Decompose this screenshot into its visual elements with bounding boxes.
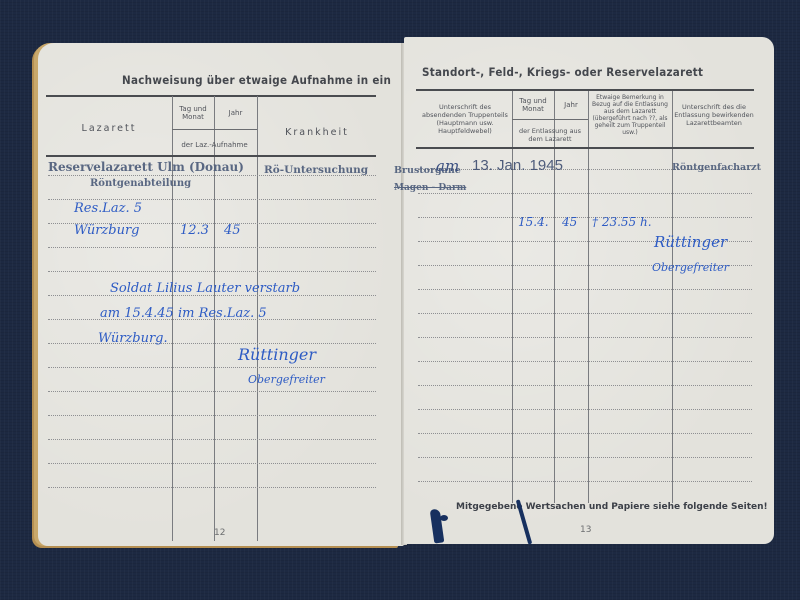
row-line [418,289,752,290]
left-page: Nachweisung über etwaige Aufnahme in ein… [38,43,404,546]
organs-stamp-line-2: Magen - Darm [394,183,466,193]
signature: Rüttinger [654,233,727,251]
entry-admission-date: 12.3 [180,223,209,238]
entry-lazarett: Res.Laz. 5 [74,201,142,216]
column-header-aufnahme: der Laz.-Aufnahme [172,141,257,149]
entry-lazarett-city: Würzburg [74,223,140,238]
row-line [418,337,752,338]
header-bottom-rule [46,155,376,157]
right-page-title: Standort-, Feld-, Kriegs- oder Reservela… [422,65,703,79]
note-line-3: Würzburg. [98,331,168,346]
hospital-stamp: Reservelazarett Ulm (Donau) [48,160,244,174]
header-bottom-rule [416,147,754,149]
subheader-rule [172,129,257,130]
header-top-rule [416,89,754,91]
row-line [48,199,376,200]
signature: Rüttinger [238,345,316,364]
row-line [418,481,752,482]
row-line [48,271,376,272]
column-header-jahr: Jahr [554,101,588,109]
row-line [48,415,376,416]
row-line [418,433,752,434]
column-divider [512,91,513,503]
column-divider [672,91,673,503]
examination-stamp: Rö-Untersuchung [264,164,368,176]
entry-discharge-year: 45 [562,215,577,229]
department-stamp: Röntgenabteilung [90,178,191,189]
row-line [48,391,376,392]
row-line [418,385,752,386]
row-line [48,487,376,488]
row-line [418,361,752,362]
column-header-signature-official: Unterschrift des die Entlassung bewirken… [674,103,754,127]
column-divider [554,91,555,503]
row-line [48,463,376,464]
column-header-tag-monat: Tag und Monat [172,105,214,121]
right-page: Standort-, Feld-, Kriegs- oder Reservela… [404,37,774,544]
page-number-left: 12 [214,528,225,538]
row-line [48,247,376,248]
column-header-jahr: Jahr [214,109,257,117]
ink-blot [440,515,448,521]
column-header-krankheit: Krankheit [257,129,377,137]
stamp-date-prefix: am [436,157,459,175]
row-line [418,313,752,314]
column-header-tag-monat: Tag und Monat [512,97,554,113]
row-line [48,439,376,440]
note-line-1: Soldat Lilius Lauter verstarb [110,281,300,296]
footer-note: Mitgegebene Wertsachen und Papiere siehe… [456,502,768,512]
stamp-date: 13. Jan. 1945 [472,157,563,174]
row-line [48,367,376,368]
ink-blot [430,508,445,543]
column-header-lazarett: Lazarett [46,125,172,133]
row-line [418,193,752,194]
open-document-booklet: Nachweisung über etwaige Aufnahme in ein… [38,35,776,547]
column-header-entlassung: der Entlassung aus dem Lazarett [512,127,588,143]
row-line [418,409,752,410]
column-divider [588,91,589,503]
column-header-remark: Etwaige Bemerkung in Bezug auf die Entla… [589,94,671,136]
row-line [418,217,752,218]
entry-discharge-date: 15.4. [518,215,549,229]
page-number-right: 13 [580,525,591,535]
signature-rank: Obergefreiter [652,261,729,274]
column-header-signature-unit: Unterschrift des absendenden Truppenteil… [418,103,512,135]
signature-rank: Obergefreiter [248,373,325,386]
left-page-title: Nachweisung über etwaige Aufnahme in ein [122,73,391,87]
note-line-2: am 15.4.45 im Res.Laz. 5 [100,306,267,321]
subheader-rule [512,119,588,120]
row-line [418,457,752,458]
entry-remark: † 23.55 h. [592,215,652,229]
doctor-stamp: Röntgenfacharzt [672,162,761,173]
header-top-rule [46,95,376,97]
entry-admission-year: 45 [224,223,241,238]
